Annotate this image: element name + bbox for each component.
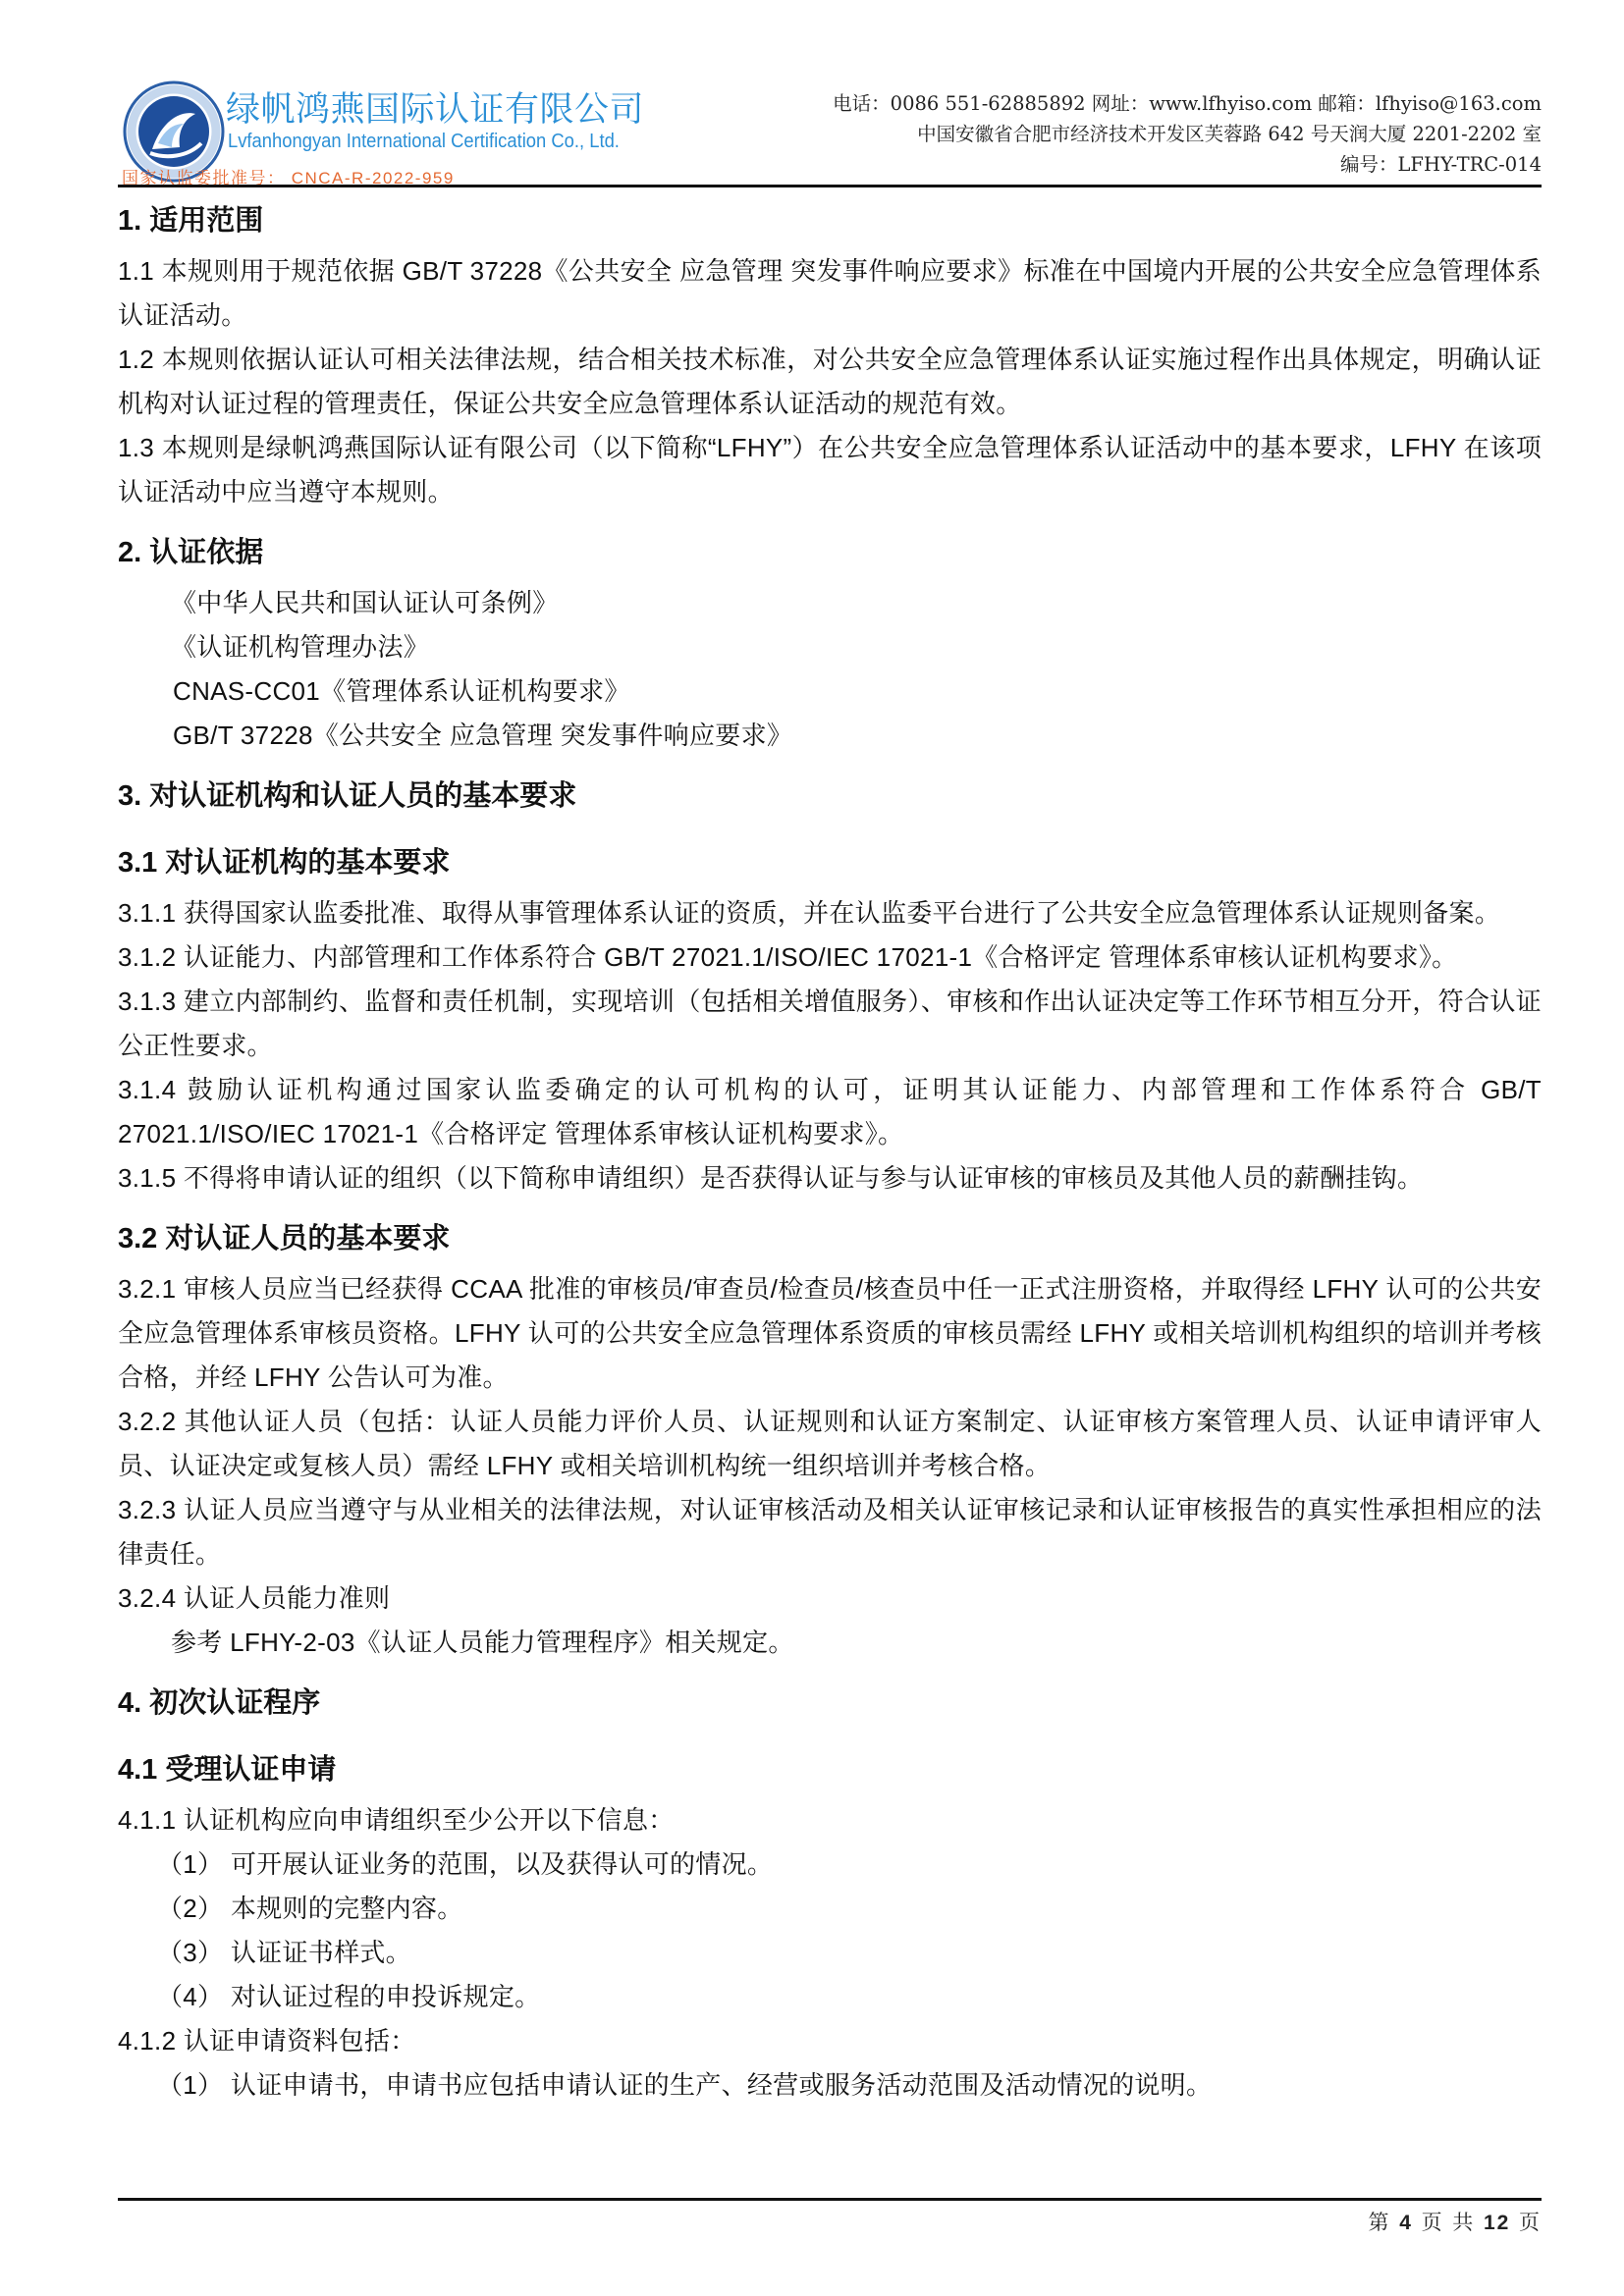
document-number: 编号：LFHY-TRC-014 <box>833 149 1542 180</box>
paragraph-1-2: 1.2 本规则依据认证认可相关法律法规，结合相关技术标准，对公共安全应急管理体系… <box>118 338 1542 426</box>
clause-3-1-3: 3.1.3 建立内部制约、监督和责任机制，实现培训（包括相关增值服务）、审核和作… <box>118 980 1542 1068</box>
clause-3-1-5: 3.1.5 不得将申请认证的组织（以下简称申请组织）是否获得认证与参与认证审核的… <box>118 1156 1542 1201</box>
clause-4-1-2: 4.1.2 认证申请资料包括： <box>118 2019 1542 2063</box>
list-item: （4） 对认证过程的申投诉规定。 <box>118 1975 1542 2019</box>
reference-item: 《认证机构管理办法》 <box>118 625 1542 669</box>
clause-3-2-3: 3.2.3 认证人员应当遵守与从业相关的法律法规，对认证审核活动及相关认证审核记… <box>118 1488 1542 1576</box>
address-line: 中国安徽省合肥市经济技术开发区芙蓉路 642 号天润大厦 2201-2202 室 <box>833 119 1542 149</box>
section-3-2-heading: 3.2 对认证人员的基本要求 <box>118 1210 1542 1267</box>
section-4-heading: 4. 初次认证程序 <box>118 1675 1542 1732</box>
company-name-cn: 绿帆鸿燕国际认证有限公司 <box>226 82 644 132</box>
page-header: 绿帆鸿燕国际认证有限公司 Lvfanhongyan International … <box>118 77 1542 185</box>
reference-item: GB/T 37228《公共安全 应急管理 突发事件响应要求》 <box>118 714 1542 758</box>
footer-divider <box>118 2198 1542 2201</box>
section-1-heading: 1. 适用范围 <box>118 192 1542 249</box>
header-divider <box>118 185 1542 187</box>
reference-note: 参考 LFHY-2-03《认证人员能力管理程序》相关规定。 <box>118 1621 1542 1665</box>
reference-item: 《中华人民共和国认证认可条例》 <box>118 581 1542 625</box>
list-item: （3） 认证证书样式。 <box>118 1931 1542 1975</box>
company-name-en: Lvfanhongyan International Certification… <box>228 131 620 153</box>
section-4-1-heading: 4.1 受理认证申请 <box>118 1741 1542 1798</box>
clause-3-2-4: 3.2.4 认证人员能力准则 <box>118 1576 1542 1621</box>
clause-3-2-1: 3.2.1 审核人员应当已经获得 CCAA 批准的审核员/审查员/检查员/核查员… <box>118 1267 1542 1400</box>
clause-4-1-1: 4.1.1 认证机构应向申请组织至少公开以下信息： <box>118 1798 1542 1842</box>
paragraph-1-3: 1.3 本规则是绿帆鸿燕国际认证有限公司（以下简称“LFHY”）在公共安全应急管… <box>118 426 1542 514</box>
clause-3-2-2: 3.2.2 其他认证人员（包括：认证人员能力评价人员、认证规则和认证方案制定、认… <box>118 1400 1542 1488</box>
section-3-heading: 3. 对认证机构和认证人员的基本要求 <box>118 768 1542 825</box>
page-suffix: 页 <box>1510 2211 1542 2234</box>
section-2-heading: 2. 认证依据 <box>118 524 1542 581</box>
list-item: （1） 可开展认证业务的范围，以及获得认可的情况。 <box>118 1842 1542 1887</box>
paragraph-1-1: 1.1 本规则用于规范依据 GB/T 37228《公共安全 应急管理 突发事件响… <box>118 249 1542 338</box>
page-prefix: 第 <box>1369 2211 1400 2234</box>
clause-3-1-4: 3.1.4 鼓励认证机构通过国家认监委确定的认可机构的认可，证明其认证能力、内部… <box>118 1068 1542 1156</box>
page-mid: 页 共 <box>1413 2211 1484 2234</box>
section-3-1-heading: 3.1 对认证机构的基本要求 <box>118 834 1542 891</box>
page-number: 第 4 页 共 12 页 <box>1369 2207 1542 2236</box>
reference-item: CNAS-CC01《管理体系认证机构要求》 <box>118 669 1542 714</box>
page-current: 4 <box>1399 2212 1413 2234</box>
clause-3-1-1: 3.1.1 获得国家认监委批准、取得从事管理体系认证的资质，并在认监委平台进行了… <box>118 891 1542 935</box>
list-item: （1） 认证申请书，申请书应包括申请认证的生产、经营或服务活动范围及活动情况的说… <box>118 2063 1542 2108</box>
page-total: 12 <box>1484 2212 1510 2234</box>
header-contact-block: 电话：0086 551-62885892 网址：www.lfhyiso.com … <box>833 88 1542 180</box>
contact-line: 电话：0086 551-62885892 网址：www.lfhyiso.com … <box>833 88 1542 119</box>
list-item: （2） 本规则的完整内容。 <box>118 1887 1542 1931</box>
document-body: 1. 适用范围 1.1 本规则用于规范依据 GB/T 37228《公共安全 应急… <box>118 192 1542 2108</box>
document-page: 绿帆鸿燕国际认证有限公司 Lvfanhongyan International … <box>0 0 1624 2296</box>
clause-3-1-2: 3.1.2 认证能力、内部管理和工作体系符合 GB/T 27021.1/ISO/… <box>118 935 1542 980</box>
